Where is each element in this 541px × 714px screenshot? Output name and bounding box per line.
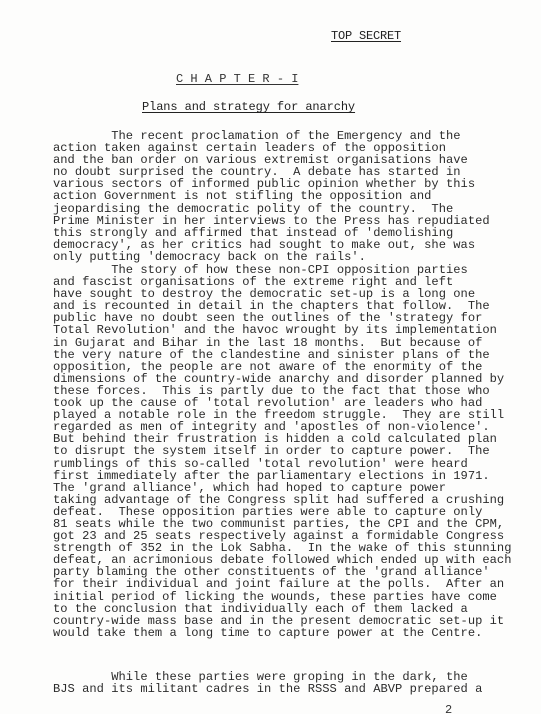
text-line: only putting 'democracy back on the rail…: [53, 251, 523, 263]
text-line: rumblings of this so-called 'total revol…: [53, 458, 523, 470]
text-line: Prime Minister in her interviews to the …: [53, 215, 523, 227]
text-line: to the conclusion that individually each…: [53, 603, 523, 615]
text-line: in Gujarat and Bihar in the last 18 mont…: [53, 337, 523, 349]
text-line: to disrupt the system itself in order to…: [53, 445, 523, 457]
text-line: for their individual and joint failure a…: [53, 578, 523, 590]
chapter-heading: C H A P T E R - I: [176, 72, 298, 86]
text-line: Total Revolution' and the havoc wrought …: [53, 324, 523, 336]
paragraph-3: While these parties were groping in the …: [53, 671, 523, 695]
text-line: would take them a long time to capture p…: [53, 627, 523, 639]
classification-label: TOP SECRET: [331, 29, 401, 43]
chapter-title: Plans and strategy for anarchy: [142, 100, 355, 114]
paragraph-2: The story of how these non-CPI oppositio…: [53, 264, 523, 639]
document-page: TOP SECRET C H A P T E R - I Plans and s…: [0, 0, 541, 714]
text-line: BJS and its militant cadres in the RSSS …: [53, 683, 523, 695]
page-number: 2: [445, 703, 452, 714]
text-line: the very nature of the clandestine and s…: [53, 349, 523, 361]
text-line: first immediately after the parliamentar…: [53, 470, 523, 482]
text-line: jeopardising the democratic polity of th…: [53, 203, 523, 215]
text-line: The 'grand alliance', which had hoped to…: [53, 482, 523, 494]
text-line: action Government is not stifling the op…: [53, 190, 523, 202]
text-line: country-wide mass base and in the presen…: [53, 615, 523, 627]
paragraph-1: The recent proclamation of the Emergency…: [53, 130, 523, 263]
text-line: initial period of licking the wounds, th…: [53, 591, 523, 603]
